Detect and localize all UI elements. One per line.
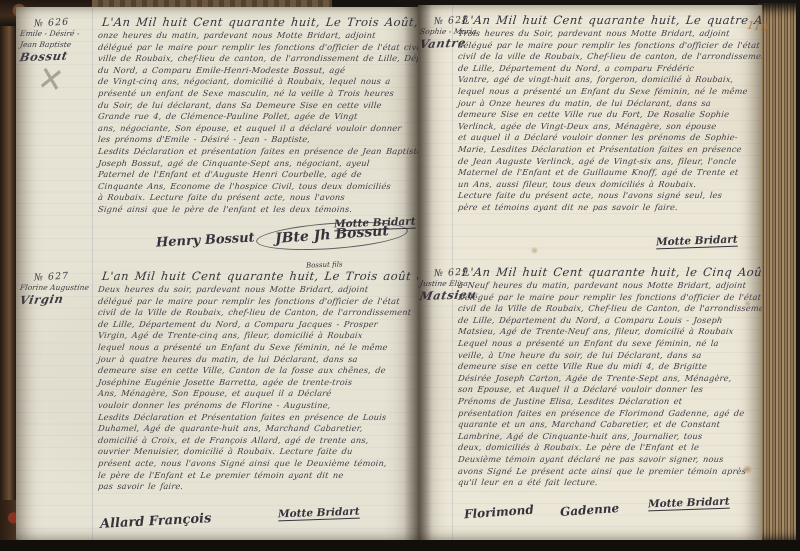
margin-name-line: Emile - Désiré - — [19, 28, 93, 39]
record-line: ouvrier Menuisier, domicilié à Roubaix. … — [97, 446, 416, 458]
record-line: demeure Sise en cette Ville rue du Fort,… — [457, 109, 760, 121]
record-line: Deuxième témoin ayant déclaré ne pas sav… — [457, 454, 760, 466]
record-line: le père de l'Enfant et Le premier témoin… — [97, 470, 416, 482]
record-line: Maternel de l'Enfant et de Guillaume Kno… — [457, 167, 760, 179]
record-line: son Epouse, et Auquel il a Déclaré voulo… — [457, 384, 760, 396]
record-line: Vantre, agé de vingt-huit ans, forgeron,… — [457, 74, 760, 86]
record-line: demeure sise en cette Ville, Canton de l… — [97, 365, 416, 377]
record-line: présenté un enfant de Sexe masculin, né … — [97, 88, 416, 100]
record-line: les prénoms d'Emile - Désiré - Jean - Ba… — [97, 134, 416, 146]
signature-gadenne: Gadenne — [560, 501, 620, 519]
record-line: civil de la Ville de Roubaix, chef-lieu … — [97, 307, 416, 319]
record-line: jour à Onze heures du matin, de lui Décl… — [457, 98, 760, 110]
record-line: demeure sise en cette Ville Rue du midi … — [457, 361, 760, 373]
record-line: civil de la Ville de Roubaix, Chef-lieu … — [457, 303, 760, 315]
record-line: quarante et un ans, Marchand Cabaretier,… — [457, 419, 760, 431]
record-line: jour à quatre heures du matin, de lui Dé… — [97, 354, 416, 366]
birth-act-627: № 627 Florine AugustineVirgin L'an Mil h… — [16, 269, 418, 537]
record-line: Matsieu, Agé de Trente-Neuf ans, fileur,… — [457, 326, 760, 338]
register-photo: № 626 Emile - Désiré -Jean BaptisteBossu… — [0, 0, 800, 551]
record-line: vouloir donner les prénoms de Florine - … — [97, 400, 416, 412]
signature-henry-bossut: Henry Bossut — [156, 230, 255, 250]
record-line: Lecture faite du présent acte, nous l'av… — [457, 190, 760, 202]
record-line: ans, négociante, Son épouse, et auquel i… — [97, 123, 416, 135]
record-line: du Soir, de lui déclarant, dans Sa Demeu… — [97, 100, 416, 112]
record-line: Délégué par le maire pour remplir les fo… — [457, 292, 760, 304]
act-body-text: L'An Mil huit Cent quarante huit, le Cin… — [458, 265, 760, 489]
record-line: L'An Mil huit Cent quarante huit, Le qua… — [461, 13, 761, 28]
record-line: à Neuf heures du matin, pardevant nous M… — [457, 280, 760, 292]
record-line: L'An Mil huit Cent quarante huit, le Cin… — [461, 265, 761, 280]
act-margin-name: Florine AugustineVirgin — [20, 282, 92, 305]
record-line: Virgin, Agé de Trente-cinq ans, fileur, … — [97, 330, 416, 342]
record-line: Grande rue 4, de Clémence-Pauline Pollet… — [97, 111, 416, 123]
register-left-page: № 626 Emile - Désiré -Jean BaptisteBossu… — [16, 7, 418, 540]
act-margin-name: Emile - Désiré -Jean BaptisteBossut — [20, 28, 92, 62]
record-line: à Roubaix. Lecture faite du présent acte… — [97, 192, 416, 204]
record-line: délégué par le maire pour remplir les fo… — [97, 296, 416, 308]
record-line: deux, domiciliés à Roubaix. Le père de l… — [457, 442, 760, 454]
record-line: délégué par le maire pour remplir les fo… — [457, 40, 760, 52]
record-line: Lesdits Déclaration et présentation fait… — [97, 146, 416, 158]
record-line: lequel nous a présenté un Enfant du Sexe… — [457, 86, 760, 98]
pencil-cross-mark: ✕ — [36, 64, 66, 98]
record-line: de Jean Auguste Verlinck, agé de Vingt-s… — [457, 156, 760, 168]
margin-name-line: Virgin — [19, 293, 93, 307]
record-line: Lesdits Déclaration et Présentation fait… — [97, 412, 416, 424]
record-line: Prénoms de Justine Elisa, Lesdites Décla… — [457, 396, 760, 408]
signature-officer: Motte Bridart — [648, 496, 730, 511]
table-surface — [0, 540, 800, 551]
signature-allard-francois: Allard François — [100, 511, 212, 532]
record-line: veille, à Une heure du soir, de lui Décl… — [457, 350, 760, 362]
record-line: Lequel nous a présenté un Enfant du sexe… — [457, 338, 760, 350]
record-line: présentation faites en présence de Flori… — [457, 408, 760, 420]
record-line: Cinquante Ans, Econome de l'hospice Civi… — [97, 181, 416, 193]
act-body-text: L'an Mil huit Cent quarante huit, Le Tro… — [98, 269, 416, 493]
act-body-text: L'An Mil huit Cent quarante huit, Le Tro… — [98, 15, 416, 216]
book-cover-left-edge — [0, 0, 17, 551]
record-line: Trois heures du Soir, pardevant nous Mot… — [457, 28, 760, 40]
record-line: Paternel de l'Enfant et d'Auguste Henri … — [97, 169, 416, 181]
record-line: et auquel il a Déclaré vouloir donner le… — [457, 132, 760, 144]
record-line: Marie, Lesdites Déclaration et Présentat… — [457, 144, 760, 156]
record-line: père et témoins ayant dit ne pas savoir … — [457, 202, 760, 214]
record-line: civil de la ville de Roubaix, Chef-lieu … — [457, 51, 760, 63]
record-line: qu'il leur en a été fait lecture. — [457, 477, 760, 489]
record-line: Lambrine, Agé de Cinquante-huit ans, Jou… — [457, 431, 760, 443]
record-line: domicilié à Croix, et de François Allard… — [97, 435, 416, 447]
record-line: L'An Mil huit Cent quarante huit, Le Tro… — [101, 15, 417, 30]
birth-act-628: № 628 Sophie - MariaVantre L'An Mil huit… — [418, 13, 762, 257]
record-line: du Nord, a Comparu Emile-Henri-Modeste B… — [97, 65, 416, 77]
record-line: pas savoir le faire. — [97, 481, 416, 493]
signature-officer: Motte Bridart — [656, 234, 738, 249]
record-line: Deux heures du soir, pardevant nous Mott… — [97, 284, 416, 296]
record-line: Joseph Bossut, agé de Cinquante-Sept ans… — [97, 158, 416, 170]
record-line: présent acte, nous l'avons Signé ainsi q… — [97, 458, 416, 470]
act-margin: № 626 Emile - Désiré -Jean BaptisteBossu… — [20, 17, 92, 94]
record-line: de Lille, Département du Nord, a Comparu… — [457, 315, 760, 327]
record-line: Joséphine Eugénie Josette Barretta, agée… — [97, 377, 416, 389]
act-body-text: L'An Mil huit Cent quarante huit, Le qua… — [458, 13, 760, 214]
birth-act-629: № 629 Justine ElisaMatsieu L'An Mil huit… — [418, 265, 762, 537]
record-line: de Lille, Département du Nord, a comparu… — [457, 63, 760, 75]
record-line: Ans, Ménagère, Son Epouse, et auquel il … — [97, 388, 416, 400]
record-line: délégué par le maire pour remplir les fo… — [97, 42, 416, 54]
record-line: Verlinck, agée de Vingt-Deux ans, Ménagè… — [457, 121, 760, 133]
record-line: L'an Mil huit Cent quarante huit, Le Tro… — [101, 269, 417, 284]
record-line: un Ans, aussi fileur, tous deux domicili… — [457, 179, 760, 191]
record-line: lequel nous a présenté un Enfant du Sexe… — [97, 342, 416, 354]
record-line: Désirée Joseph Carton, Agée de Trente-Se… — [457, 373, 760, 385]
birth-act-626: № 626 Emile - Désiré -Jean BaptisteBossu… — [16, 15, 418, 267]
record-line: ville de Roubaix, chef-lieu de canton, d… — [97, 53, 416, 65]
record-line: de Lille, Département du Nord, a Comparu… — [97, 319, 416, 331]
record-line: avons Signé Le présent acte ainsi que le… — [457, 466, 760, 478]
page-stack-fore-edge — [758, 3, 796, 545]
act-margin: № 627 Florine AugustineVirgin — [20, 271, 92, 305]
record-line: Duhamel, Agé de quarante-huit ans, March… — [97, 423, 416, 435]
signature-officer: Motte Bridart — [278, 506, 360, 521]
record-line: onze heures du matin, pardevant nous Mot… — [97, 30, 416, 42]
record-line: Signé ainsi que le père de l'enfant et l… — [97, 204, 416, 216]
signature-florimond: Florimond — [464, 503, 535, 522]
register-right-page: № 628 Sophie - MariaVantre L'An Mil huit… — [418, 5, 762, 540]
record-line: de Vingt-cinq ans, négociant, domicilié … — [97, 76, 416, 88]
